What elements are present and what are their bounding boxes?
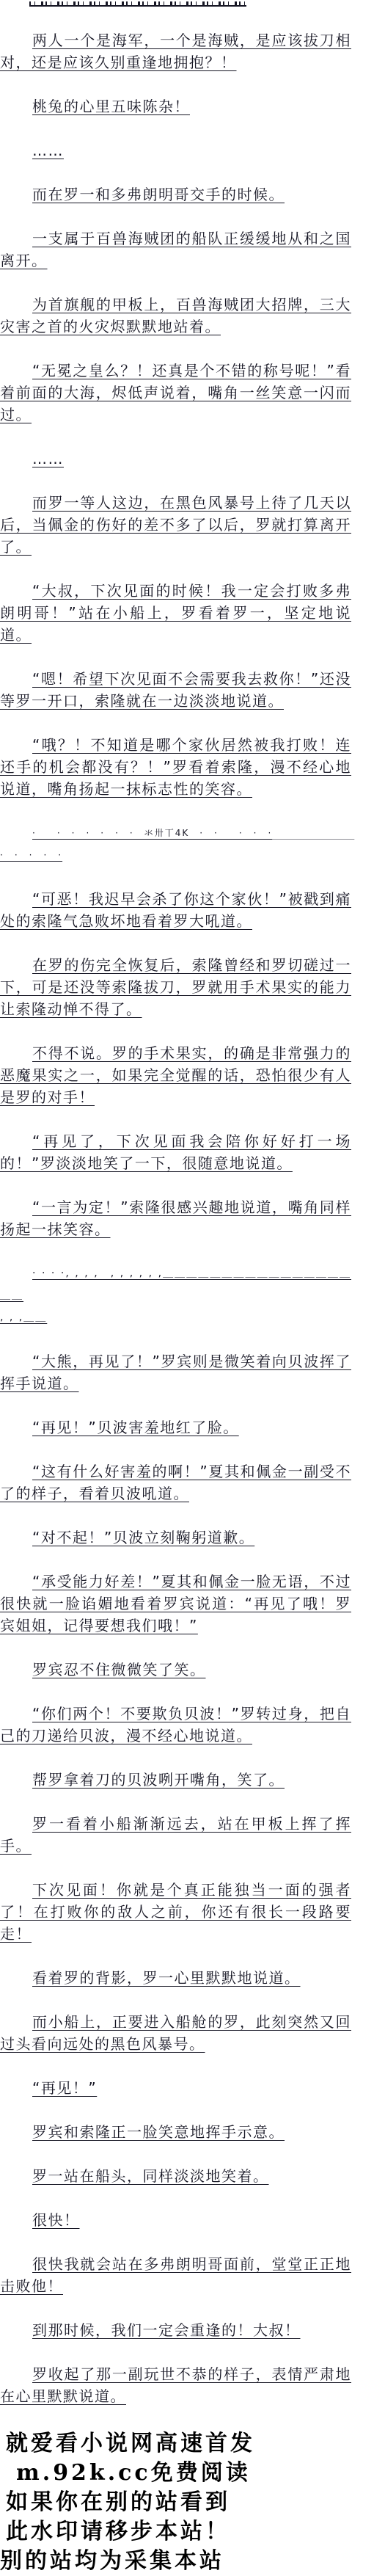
novel-paragraph: “无冕之皇么？！还真是个不错的称号呢！”看着前面的大海，烬低声说着，嘴角一丝笑意…	[0, 360, 351, 426]
novel-paragraph: 不得不说。罗的手术果实，的确是非常强力的恶魔果实之一，如果完全觉醒的话，恐怕很少…	[0, 1042, 351, 1108]
watermark-footer: 就爱看小说网高速首发 m.92k.cc免费阅读 如果你在别的站看到 此水印请移步…	[0, 2429, 374, 2576]
watermark-line-site: 就爱看小说网高速首发	[0, 2429, 374, 2459]
novel-reader-page: { "page": { "background_color": "#ffffff…	[0, 0, 374, 2576]
novel-paragraph: “哦？！不知道是哪个家伙居然被我打败！连还手的机会都没有？！”罗看着索隆，漫不经…	[0, 734, 351, 800]
watermark-line-notice-3: 别的站均为采集本站	[0, 2547, 374, 2576]
novel-paragraph: 罗宾和索隆正一脸笑意地挥手示意。	[0, 2121, 351, 2143]
novel-paragraph: “可恶！我迟早会杀了你这个家伙！”被戳到痛处的索隆气急败坏地看着罗大吼道。	[0, 888, 351, 932]
novel-paragraph: 桃兔的心里五味陈杂！	[0, 95, 351, 117]
novel-paragraph: ……	[0, 448, 351, 470]
novel-paragraph: 很快！	[0, 2209, 351, 2231]
watermark-line-notice-1: 如果你在别的站看到	[0, 2488, 374, 2517]
novel-paragraph: 看着罗的背影，罗一心里默默地说道。	[0, 1967, 351, 1989]
novel-paragraph: 为首旗舰的甲板上，百兽海贼团大招牌，三大灾害之首的火灾烬默默地站着。	[0, 294, 351, 338]
novel-paragraph: “再见！”贝波害羞地红了脸。	[0, 1416, 351, 1438]
novel-paragraph: 而在罗一和多弗朗明哥交手的时候。	[0, 183, 351, 205]
novel-paragraph: “大熊，再见了！”罗宾则是微笑着向贝波挥了挥手说道。	[0, 1350, 351, 1394]
novel-paragraph: “你们两个！不要欺负贝波！”罗转过身，把自己的刀递给贝波，漫不经心地说道。	[0, 1703, 351, 1747]
watermark-line-url: m.92k.cc免费阅读	[0, 2459, 374, 2488]
novel-paragraph: “这有什么好害羞的啊！”夏其和佩金一副受不了的样子，看着贝波吼道。	[0, 1460, 351, 1505]
novel-paragraph: 很快我就会站在多弗朗明哥面前，堂堂正正地击败他！	[0, 2253, 351, 2297]
novel-paragraph: 在罗的伤完全恢复后，索隆曾经和罗切磋过一下，可是还没等索隆拔刀，罗就用手术果实的…	[0, 954, 351, 1020]
novel-paragraph: · · · · ·	[0, 844, 351, 866]
novel-paragraph: “承受能力好差！”夏其和佩金一脸无语，不过很快就一脸谄媚地看着罗宾说道：“再见了…	[0, 1571, 351, 1637]
clipped-text-line	[29, 0, 246, 7]
novel-paragraph: 罗宾忍不住微微笑了笑。	[0, 1659, 351, 1681]
chapter-text-area: 两人一个是海军，一个是海贼，是应该拔刀相对，还是应该久别重逢地拥抱？！桃兔的心里…	[0, 0, 351, 2407]
novel-paragraph: ……	[0, 139, 351, 161]
novel-paragraph: 罗收起了那一副玩世不恭的样子，表情严肃地在心里默默说道。	[0, 2363, 351, 2407]
novel-paragraph: 帮罗拿着刀的贝波咧开嘴角，笑了。	[0, 1769, 351, 1791]
novel-paragraph: “一言为定！”索隆很感兴趣地说道，嘴角同样扬起一抹笑容。	[0, 1196, 351, 1240]
novel-paragraph: “再见了，下次见面我会陪你好好打一场的！”罗淡淡地笑了一下，很随意地说道。	[0, 1130, 351, 1174]
novel-paragraph: 一支属于百兽海贼团的船队正缓缓地从和之国离开。	[0, 228, 351, 272]
novel-paragraph: “嗯！希望下次见面不会需要我去救你！”还没等罗一开口，索隆就在一边淡淡地说道。	[0, 668, 351, 712]
novel-paragraph: 而罗一等人这边，在黑色风暴号上待了几天以后，当佩金的伤好的差不多了以后，罗就打算…	[0, 492, 351, 558]
novel-paragraph: “对不起！”贝波立刻鞠躬道歉。	[0, 1527, 351, 1549]
novel-paragraph: “大叔，下次见面的时候！我一定会打败多弗朗明哥！”站在小船上，罗看着罗一，坚定地…	[0, 580, 351, 646]
novel-paragraph: 两人一个是海军，一个是海贼，是应该拔刀相对，还是应该久别重逢地拥抱？！	[0, 29, 351, 73]
novel-paragraph: 罗一看着小船渐渐远去，站在甲板上挥了挥手。	[0, 1813, 351, 1857]
novel-paragraph: 到那时候，我们一定会重逢的！大叔！	[0, 2319, 351, 2341]
novel-paragraph: · · · · · · · 氺卅丅4K · · · · ·	[0, 822, 351, 844]
paragraph-list: 两人一个是海军，一个是海贼，是应该拔刀相对，还是应该久别重逢地拥抱？！桃兔的心里…	[0, 29, 351, 2407]
novel-paragraph: , , ,＿＿	[0, 1306, 351, 1328]
novel-page: 两人一个是海军，一个是海贼，是应该拔刀相对，还是应该久别重逢地拥抱？！桃兔的心里…	[0, 0, 374, 2576]
novel-paragraph: 而小船上，正要进入船舱的罗，此刻突然又回过头看向远处的黑色风暴号。	[0, 2011, 351, 2055]
novel-paragraph: 下次见面！你就是个真正能独当一面的强者了！在打败你的敌人之前，你还有很长一段路要…	[0, 1879, 351, 1945]
novel-paragraph: · · · ·, , , , , , , , , ,＿＿＿＿＿＿＿＿＿＿＿＿＿＿…	[0, 1262, 351, 1306]
watermark-line-notice-2: 此水印请移步本站！	[0, 2517, 374, 2547]
novel-paragraph: “再见！”	[0, 2077, 351, 2099]
novel-paragraph: 罗一站在船头，同样淡淡地笑着。	[0, 2165, 351, 2187]
